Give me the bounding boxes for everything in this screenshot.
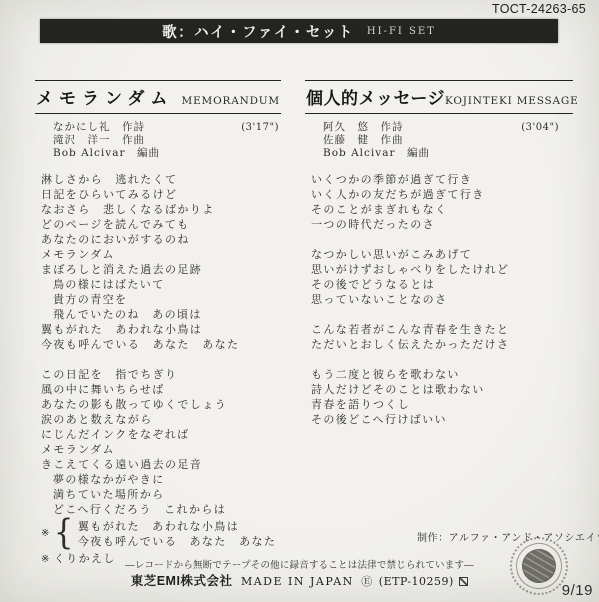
singer-name-en: HI-FI SET [367,26,436,37]
lyric-line: 満ちていた場所から [41,487,281,502]
song-section-kojinteki-message: 個人的メッセージ KOJINTEKI MESSAGE (3'04") 阿久 悠 … [305,80,573,427]
lyric-line: 淋しさから 逃れたくて [41,172,281,187]
lyric-line: 涙のあと数えながら [41,412,281,427]
lyric-line: 飛んでいたのね あの頃は [41,307,281,322]
company-name: 東芝EMI株式会社 [131,574,233,588]
lyric-line: 今夜も呼んでいる あなた あなた [78,534,276,549]
lyric-line: にじんだインクをなぞれば [41,427,281,442]
blank-line [311,352,573,367]
lyric-line: その後どこへ行けばいい [311,412,573,427]
song-duration: (3'04") [521,121,559,134]
lyric-line: メモランダム [41,442,281,457]
song-header: 個人的メッセージ KOJINTEKI MESSAGE [305,80,573,114]
lyric-line: いく人かの友だちが過ぎて行き [311,187,573,202]
catalog-number: TOCT-24263-65 [492,2,586,16]
song-header: メモランダム MEMORANDUM [35,80,281,114]
song-title-ja: メモランダム [36,84,173,109]
lyric-line: 一つの時代だったのさ [311,217,573,232]
lyric-line: なおさら 悲しくなるばかりよ [41,202,281,217]
lyrics-kojinteki-message: いくつかの季節が過ぎて行きいく人かの友だちが過ぎて行きそのことがまぎれもなく一つ… [311,172,573,427]
lyric-line: 思っていないことなのさ [311,292,573,307]
lyric-line: メモランダム [41,247,281,262]
lyric-line: 翼もがれた あわれな小鳥は [78,519,276,534]
boxed-diagonal-icon [459,577,468,586]
lyric-line: 今夜も呼んでいる あなた あなた [41,337,281,352]
lyric-line: まぼろしと消えた過去の足跡 [41,262,281,277]
repeat-marker: ※ [41,526,51,541]
page-number: 9/19 [562,582,593,599]
song-credits: (3'04") 阿久 悠 作詩佐藤 健 作曲Bob Alcivar 編曲 [323,121,573,161]
lyric-line: ただいとおしく伝えたかっただけさ [311,337,573,352]
lyric-line: こんな若者がこんな青春を生きたと [311,322,573,337]
singer-name-ja: 歌：ハイ・ファイ・セット [162,21,354,42]
lyric-line: そのことがまぎれもなく [311,202,573,217]
blank-line [41,352,281,367]
singer-header-bar: 歌：ハイ・ファイ・セット HI-FI SET [40,19,558,43]
lyric-line: 青春を語りつくし [311,397,573,412]
chorus-lines: 翼もがれた あわれな小鳥は今夜も呼んでいる あなた あなた [78,519,276,549]
title-row: メモランダム MEMORANDUM [35,81,281,113]
song-title-ja: 個人的メッセージ [306,84,445,109]
lyric-line: 貴方の青空を [41,292,281,307]
blank-line [311,307,573,322]
divider-bottom [305,113,573,114]
credit-line: 滝沢 洋一 作曲 [53,134,281,147]
lyric-line: 夢の様なかがやきに [41,472,281,487]
lyric-line: どこへ行くだろう これからは [41,502,281,517]
credit-line: 佐藤 健 作曲 [323,134,573,147]
lyric-line: あなたのにおいがするのね [41,232,281,247]
lyric-line: 翼もがれた あわれな小鳥は [41,322,281,337]
song-duration: (3'17") [241,121,279,134]
rights-mark: Ⓔ [361,575,372,588]
song-title-en: MEMORANDUM [182,95,280,107]
song-credits: (3'17") なかにし礼 作詩滝沢 洋一 作曲Bob Alcivar 編曲 [53,121,281,161]
lyric-line: どのページを読んでみても [41,217,281,232]
lyric-line: 風の中に舞いちらせば [41,382,281,397]
lyric-line: 鳥の様にはばたいて [41,277,281,292]
production-credit: 制作：アルファ・アンド・アソシエイツ(株) [417,529,599,544]
lyric-line: なつかしい思いがこみあげて [311,247,573,262]
lyric-line: きこえてくる遠い過去の足音 [41,457,281,472]
credit-line: Bob Alcivar 編曲 [53,147,281,160]
lyric-line: いくつかの季節が過ぎて行き [311,172,573,187]
credit-line: Bob Alcivar 編曲 [323,147,573,160]
made-in-japan-label: MADE IN JAPAN [241,575,354,588]
pressing-code: (ETP-10259) [379,575,454,588]
chorus-repeat-group: ※{翼もがれた あわれな小鳥は今夜も呼んでいる あなた あなた [41,519,281,549]
company-line: 東芝EMI株式会社 MADE IN JAPAN Ⓔ (ETP-10259) [0,571,599,589]
lyric-line: その後でどうなるとは [311,277,573,292]
blank-line [311,232,573,247]
lyric-line: 詩人だけどそのことは歌わない [311,382,573,397]
lyrics-memorandum: 淋しさから 逃れたくて日記をひらいてみるけどなおさら 悲しくなるばかりよどのペー… [41,172,281,567]
lyric-line: 日記をひらいてみるけど [41,187,281,202]
brace-glyph: { [54,525,75,542]
title-row: 個人的メッセージ KOJINTEKI MESSAGE [305,81,573,113]
divider-bottom [35,113,281,114]
song-title-en: KOJINTEKI MESSAGE [445,95,579,107]
lyric-line: 思いがけずおしゃべりをしたけれど [311,262,573,277]
lyric-line: この日記を 指でちぎり [41,367,281,382]
lyric-line: もう二度と彼らを歌わない [311,367,573,382]
lyric-line: あなたの影も散ってゆくでしょう [41,397,281,412]
song-section-memorandum: メモランダム MEMORANDUM (3'17") なかにし礼 作詩滝沢 洋一 … [35,80,281,567]
